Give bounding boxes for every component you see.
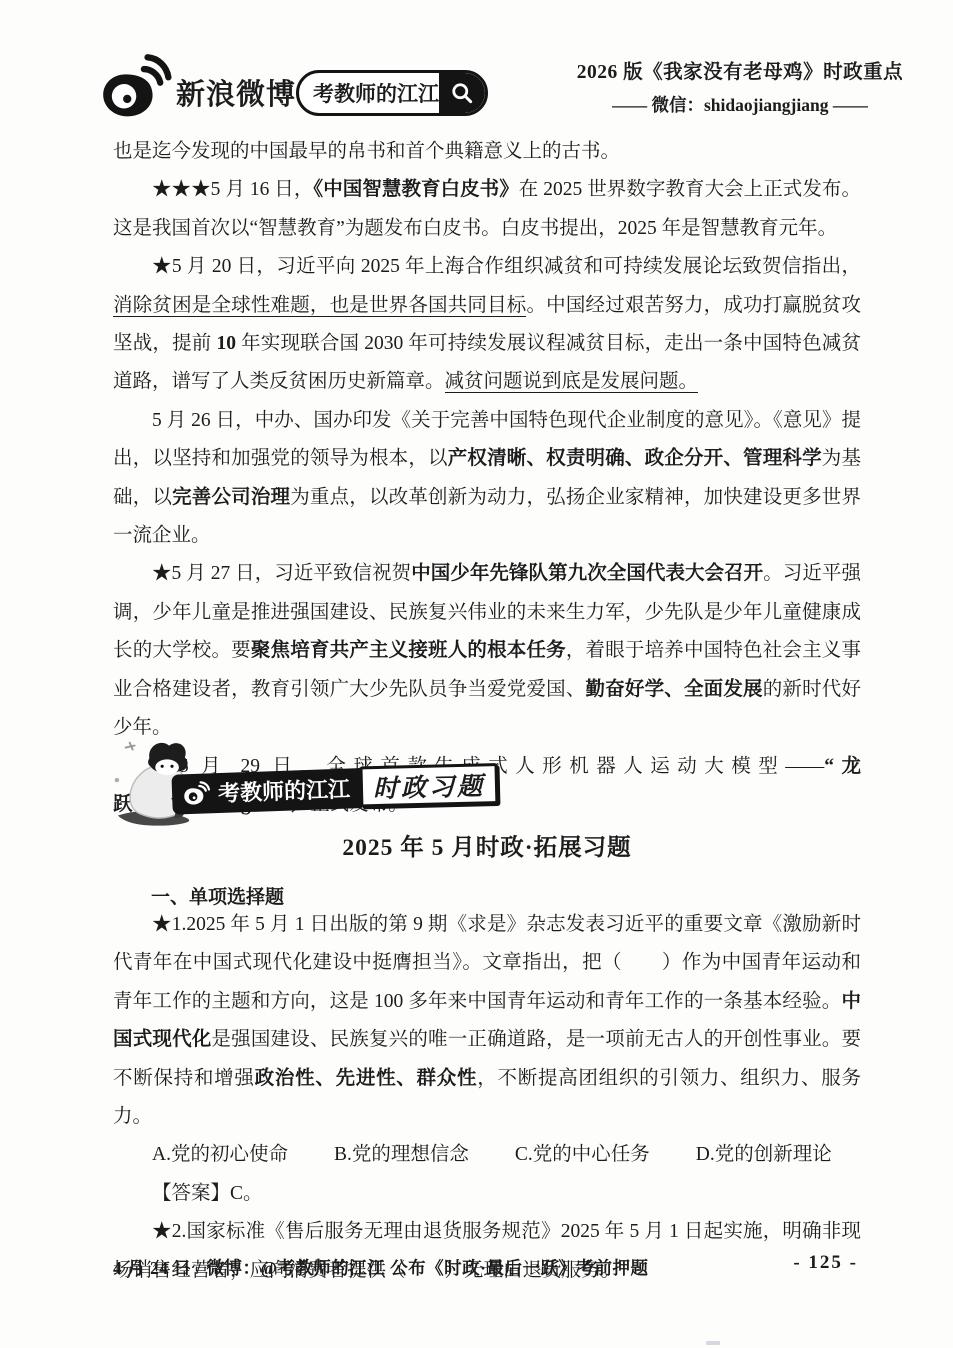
- question-1-options: A.党的初心使命B.党的理想信念C.党的中心任务D.党的创新理论: [113, 1136, 861, 1174]
- paragraph: 5 月 26 日，中办、国办印发《关于完善中国特色现代企业制度的意见》。《意见》…: [113, 402, 861, 556]
- page-number: - 125 -: [793, 1252, 858, 1274]
- paragraph: ★5 月 27 日，习近平致信祝贺中国少年先锋队第九次全国代表大会召开。习近平强…: [113, 555, 861, 747]
- option-item: D.党的创新理论: [696, 1144, 832, 1165]
- option-item: B.党的理想信念: [334, 1144, 469, 1165]
- text-segment: 聚焦培育共产主义接班人的根本任务: [251, 640, 566, 661]
- text-segment: 10: [217, 333, 237, 354]
- text-segment: ★★★5 月 16 日，: [152, 179, 313, 200]
- main-text-block: 也是迄今发现的中国最早的帛书和首个典籍意义上的古书。 ★★★5 月 16 日，《…: [113, 133, 861, 824]
- document-page: 新浪微博 考教师的江江 2026 版《我家没有老母鸡》时政重点 —— 微信：sh…: [0, 0, 953, 1348]
- text-segment: ★5 月 27 日，习近平致信祝贺: [152, 563, 411, 584]
- text-segment: ★5 月 20 日，习近平向 2025 年上海合作组织减贫和可持续发展论坛致贺信…: [152, 256, 861, 277]
- badge-tag: 时政习题: [373, 766, 486, 805]
- booklet-title: 2026 版《我家没有老母鸡》时政重点: [566, 56, 914, 84]
- text-segment: 中国少年先锋队第九次全国代表大会召开: [411, 563, 763, 584]
- badge-name: 考教师的江江: [218, 772, 351, 808]
- text-segment: 减贫问题说到底是发展问题。: [445, 371, 699, 393]
- text-segment: 完善公司治理: [172, 487, 290, 508]
- wechat-line: —— 微信：shidaojiangjiang ——: [566, 92, 914, 117]
- text-segment: ★1.2025 年 5 月 1 日出版的第 9 期《求是》杂志发表习近平的重要文…: [113, 914, 861, 1012]
- option-item: A.党的初心使命: [152, 1144, 288, 1165]
- paragraph: ★5 月 20 日，习近平向 2025 年上海合作组织减贫和可持续发展论坛致贺信…: [113, 248, 861, 402]
- weibo-logo-icon: [96, 52, 172, 126]
- exercise-section-heading: 一、单项选择题: [113, 882, 861, 909]
- text-segment: 产权清晰、权责明确、政企分开、管理科学: [448, 448, 822, 469]
- text-segment: 政治性、先进性、群众性: [255, 1068, 478, 1089]
- text-segment: 消除贫困是全球性难题，也是世界各国共同目标: [113, 295, 526, 317]
- option-item: C.党的中心任务: [515, 1144, 650, 1165]
- text-segment: 勤奋好学、全面发展: [586, 679, 763, 700]
- question-1: ★1.2025 年 5 月 1 日出版的第 9 期《求是》杂志发表习近平的重要文…: [113, 906, 861, 1136]
- header-right-block: 2026 版《我家没有老母鸡》时政重点 —— 微信：shidaojiangjia…: [566, 56, 914, 117]
- section-badge: 考教师的江江 时政习题: [108, 736, 468, 832]
- text-segment: 《中国智慧教育白皮书》: [313, 179, 518, 200]
- footer-note: 4 月 24 日 / 微博：@考教师的江江 公布《时政·最后一跃》考前押题: [113, 1255, 648, 1280]
- exercise-title: 2025 年 5 月时政·拓展习题: [113, 828, 861, 862]
- question-1-answer: 【答案】C。: [113, 1175, 861, 1213]
- scan-artifact: [706, 1341, 720, 1345]
- paragraph: ★★★5 月 16 日，《中国智慧教育白皮书》在 2025 世界数字教育大会上正…: [113, 171, 861, 248]
- badge-tag-box: 时政习题: [359, 763, 498, 807]
- search-icon: [439, 73, 485, 113]
- weibo-icon: [182, 780, 211, 807]
- search-pill: 考教师的江江: [296, 70, 488, 116]
- paragraph: 也是迄今发现的中国最早的帛书和首个典籍意义上的古书。: [113, 133, 861, 171]
- questions-block: ★1.2025 年 5 月 1 日出版的第 9 期《求是》杂志发表习近平的重要文…: [113, 906, 861, 1290]
- weibo-brand-text: 新浪微博: [176, 72, 296, 113]
- search-pill-text: 考教师的江江: [299, 78, 439, 108]
- badge-banner-black: 考教师的江江: [171, 768, 362, 815]
- text-segment: 也是迄今发现的中国最早的帛书和首个典籍意义上的古书。: [113, 141, 620, 162]
